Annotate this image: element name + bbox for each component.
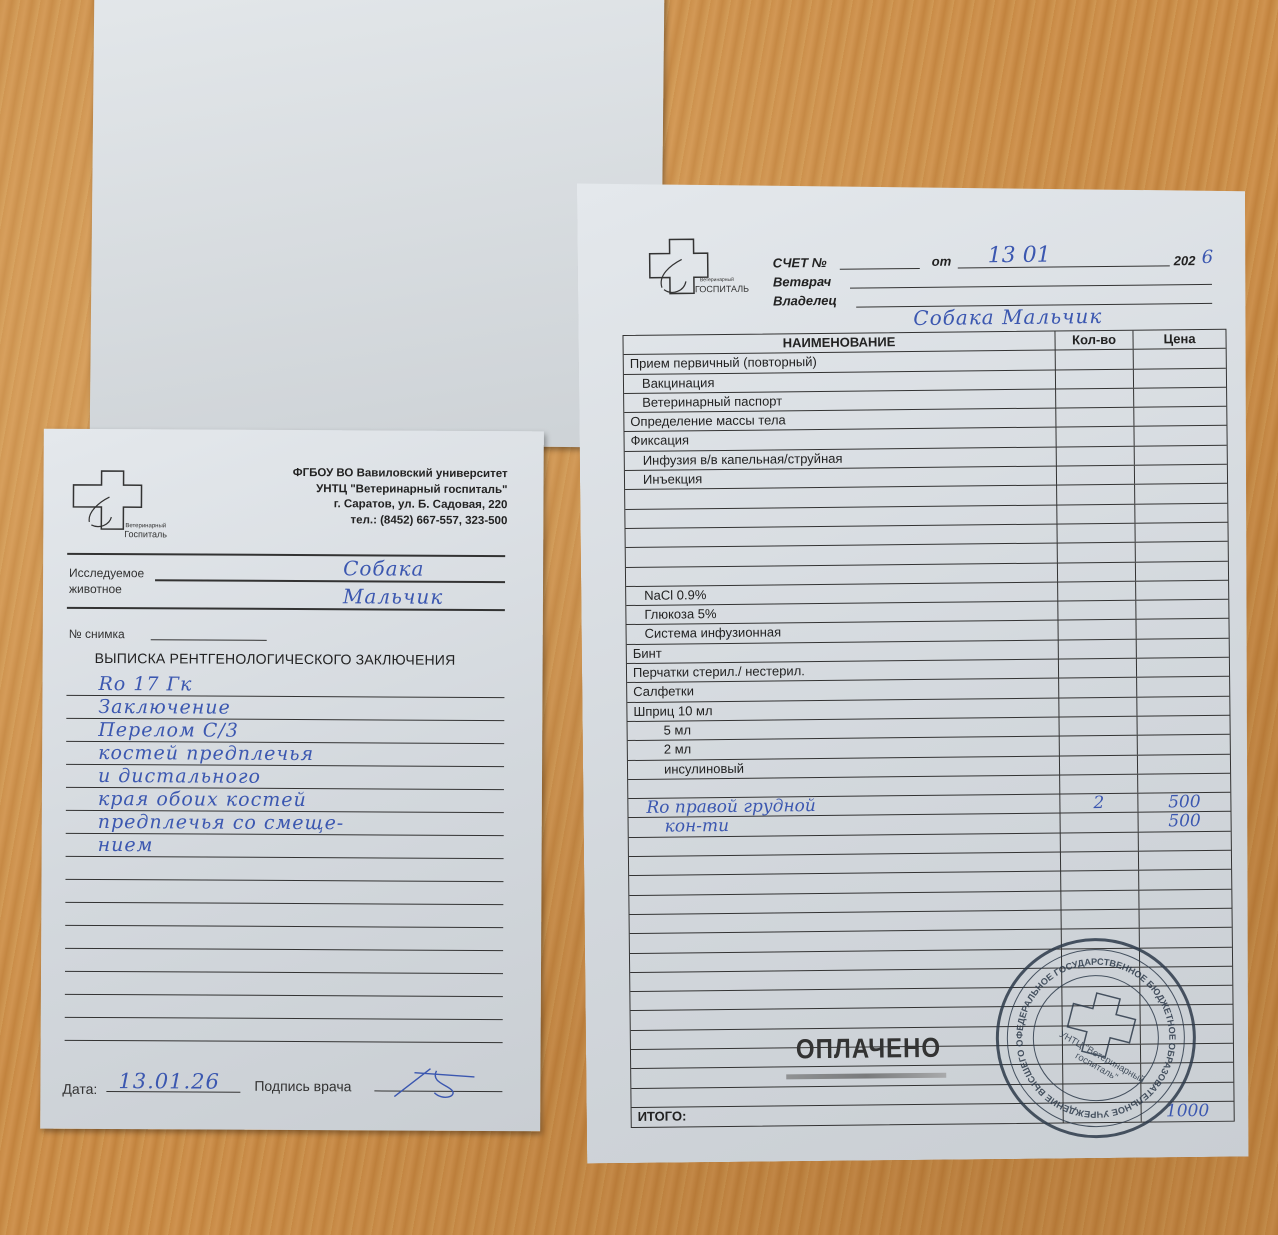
service-price [1139,831,1231,850]
service-price [1139,851,1231,870]
report-text-line: Перелом С/3 [98,719,239,742]
column-header-price: Цена [1133,330,1225,349]
organization-header: ФГБОУ ВО Вавиловский университет УНТЦ "В… [293,466,508,529]
service-price [1135,484,1227,503]
report-title: ВЫПИСКА РЕНТГЕНОЛОГИЧЕСКОГО ЗАКЛЮЧЕНИЯ [95,650,456,668]
service-price: 500 [1139,812,1231,831]
seal-center-line: госпиталь" [1050,1038,1143,1097]
service-qty [1057,524,1135,543]
service-price [1135,465,1227,484]
seal-ring-text: ФЕДЕРАЛЬНОЕ ГОСУДАРСТВЕННОЕ БЮДЖЕТНОЕ ОБ… [1010,952,1182,1124]
vet-label: Ветврач [773,274,831,290]
year-prefix: 202 [1174,253,1196,268]
rule-line [67,553,505,557]
rule-line [65,902,503,905]
service-price: 500 [1138,793,1230,812]
report-text-line: предплечья со смеще- [98,811,345,834]
service-qty [1059,697,1137,716]
vet-hospital-logo-icon: Ветеринарный ГОСПИТАЛЬ [647,237,768,308]
service-price [1134,368,1226,387]
service-price [1136,600,1228,619]
invoice-date-value: 13 01 [988,243,1051,269]
org-line: ФГБОУ ВО Вавиловский университет [293,466,508,483]
service-qty [1058,620,1136,639]
paid-stamp: ОПЛАЧЕНО [796,1033,941,1067]
service-price [1137,677,1229,696]
service-qty [1060,775,1138,794]
service-price [1136,561,1228,580]
service-qty [1061,852,1139,871]
service-price [1137,696,1229,715]
date-value: 13.01.26 [118,1069,220,1094]
service-qty [1057,485,1135,504]
service-qty [1061,890,1139,909]
rule-line [65,879,503,882]
svg-text:Госпиталь: Госпиталь [124,529,167,539]
report-text-line: Заключение [98,696,231,719]
svg-text:ФЕДЕРАЛЬНОЕ ГОСУДАРСТВЕННОЕ БЮ: ФЕДЕРАЛЬНОЕ ГОСУДАРСТВЕННОЕ БЮДЖЕТНОЕ ОБ… [1010,952,1178,1120]
rule-line [65,1040,503,1043]
service-qty [1056,350,1134,369]
service-qty [1058,601,1136,620]
svg-text:Ветеринарный: Ветеринарный [700,276,734,283]
vet-hospital-logo-icon: Ветеринарный Госпиталь [69,467,179,548]
service-qty [1061,813,1139,832]
org-line: тел.: (8452) 667-557, 323-500 [293,512,508,529]
official-seal: ФЕДЕРАЛЬНОЕ ГОСУДАРСТВЕННОЕ БЮДЖЕТНОЕ ОБ… [995,937,1197,1139]
service-qty [1062,910,1140,929]
xray-report-sheet: Ветеринарный Госпиталь ФГБОУ ВО Вавиловс… [40,429,544,1132]
service-qty [1057,446,1135,465]
owner-value: Собака Мальчик [913,304,1102,330]
year-suffix: 6 [1202,247,1214,268]
service-qty [1056,427,1134,446]
animal-label: Исследуемое [69,566,144,580]
animal-value: Мальчик [343,584,443,609]
owner-label: Владелец [773,293,837,309]
invoice-number-label: СЧЕТ № [773,255,827,271]
service-qty [1060,736,1138,755]
service-qty [1059,678,1137,697]
service-price [1138,716,1230,735]
image-number-field [151,639,267,641]
service-qty [1058,562,1136,581]
service-qty [1058,543,1136,562]
svg-text:ГОСПИТАЛЬ: ГОСПИТАЛЬ [695,284,749,295]
invoice-sheet: Ветеринарный ГОСПИТАЛЬ СЧЕТ № от 13 01 2… [577,177,1255,1164]
service-qty: 2 [1060,794,1138,813]
animal-label: животное [69,582,122,596]
from-label: от [932,254,952,269]
report-text-line: края обоих костей [98,788,307,811]
seal-cross-icon [1060,991,1141,1062]
vet-field [850,284,1212,289]
service-price [1135,523,1227,542]
service-price [1137,658,1229,677]
total-label: ИТОГО: [632,1103,1064,1127]
service-price [1140,928,1232,947]
signature-scribble-icon [390,1063,480,1103]
service-price [1134,388,1226,407]
service-price [1134,349,1226,368]
service-qty [1059,639,1137,658]
rule-line [65,948,503,951]
rule-line [65,994,503,997]
date-label: Дата: [62,1081,97,1097]
report-text-line: Rо 17 Гк [98,673,192,695]
org-line: г. Саратов, ул. Б. Садовая, 220 [293,497,508,514]
service-qty [1061,871,1139,890]
service-qty [1061,832,1139,851]
service-qty [1056,389,1134,408]
rule-line [65,925,503,928]
service-qty [1056,369,1134,388]
service-price [1138,754,1230,773]
service-price [1139,889,1231,908]
column-header-qty: Кол-во [1055,331,1133,350]
seal-center-text: УНТЦ "Ветеринарный госпиталь" [1050,1028,1148,1096]
service-price [1135,503,1227,522]
service-price [1136,542,1228,561]
rule-line [65,1017,503,1020]
service-qty [1059,659,1137,678]
service-qty [1056,408,1134,427]
invoice-number-field [840,268,920,270]
service-price [1138,735,1230,754]
rule-line [155,579,505,582]
service-qty [1060,717,1138,736]
signature-label: Подпись врача [254,1078,351,1095]
service-qty [1058,582,1136,601]
seal-center-line: УНТЦ "Ветеринарный [1056,1028,1149,1087]
service-qty [1057,466,1135,485]
service-price [1134,407,1226,426]
report-text-line: нием [98,834,154,856]
org-line: УНТЦ "Ветеринарный госпиталь" [293,482,508,499]
report-text-line: костей предплечья [98,742,314,765]
service-qty [1057,504,1135,523]
service-qty [1060,755,1138,774]
service-price [1135,446,1227,465]
service-price [1139,870,1231,889]
service-price [1136,619,1228,638]
animal-value: Собака [343,556,424,580]
service-price [1137,638,1229,657]
report-text-line: и дистального [98,765,261,788]
rule-line [66,856,504,859]
rule-line [65,971,503,974]
image-number-label: № снимка [69,627,125,641]
service-price [1138,774,1230,793]
service-price [1134,426,1226,445]
service-price [1140,909,1232,928]
service-price [1136,581,1228,600]
